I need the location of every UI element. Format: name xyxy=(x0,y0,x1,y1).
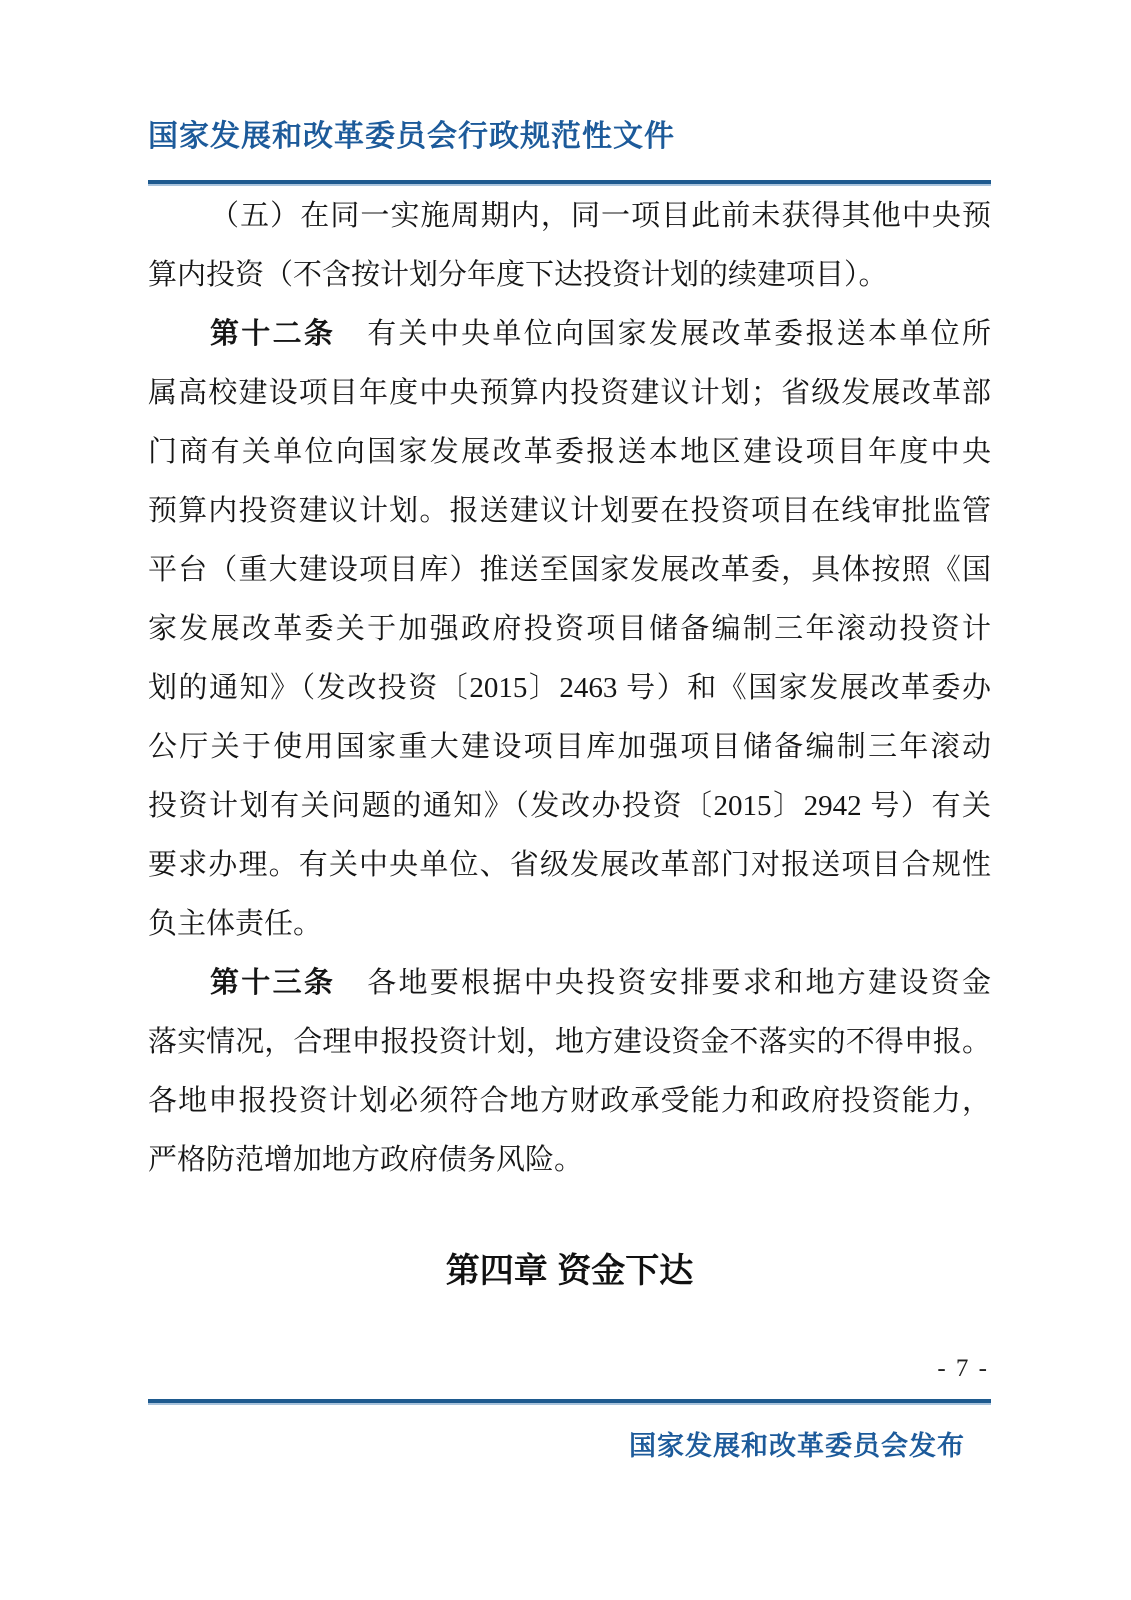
document-body: （五）在同一实施周期内，同一项目此前未获得其他中央预 算内投资（不含按计划分年度… xyxy=(148,187,991,1190)
body-line: 门商有关单位向国家发展改革委报送本地区建设项目年度中央 xyxy=(148,423,991,482)
body-line: 属高校建设项目年度中央预算内投资建议计划；省级发展改革部 xyxy=(148,364,991,423)
footer-rule xyxy=(148,1399,991,1405)
body-line-text: 家发展改革委关于加强政府投资项目储备编制三年滚动投资计 xyxy=(148,613,991,645)
body-line-text: 平台（重大建设项目库）推送至国家发展改革委，具体按照《国 xyxy=(148,554,991,586)
body-line-text: 投资计划有关问题的通知》（发改办投资〔2015〕2942 号）有关 xyxy=(148,790,991,822)
body-line-text: 公厅关于使用国家重大建设项目库加强项目储备编制三年滚动 xyxy=(148,731,991,763)
body-line: 预算内投资建议计划。报送建议计划要在投资项目在线审批监管 xyxy=(148,482,991,541)
body-line: 公厅关于使用国家重大建设项目库加强项目储备编制三年滚动 xyxy=(148,718,991,777)
body-line-text: 负主体责任。 xyxy=(148,908,322,940)
body-line-text: 各地要根据中央投资安排要求和地方建设资金 xyxy=(367,967,991,999)
body-line: 落实情况，合理申报投资计划，地方建设资金不落实的不得申报。 xyxy=(148,1013,991,1072)
body-line: （五）在同一实施周期内，同一项目此前未获得其他中央预 xyxy=(148,187,991,246)
body-line: 要求办理。有关中央单位、省级发展改革部门对报送项目合规性 xyxy=(148,836,991,895)
body-line: 家发展改革委关于加强政府投资项目储备编制三年滚动投资计 xyxy=(148,600,991,659)
body-line: 各地申报投资计划必须符合地方财政承受能力和政府投资能力， xyxy=(148,1072,991,1131)
body-line: 投资计划有关问题的通知》（发改办投资〔2015〕2942 号）有关 xyxy=(148,777,991,836)
body-line: 严格防范增加地方政府债务风险。 xyxy=(148,1131,991,1190)
document-header-title: 国家发展和改革委员会行政规范性文件 xyxy=(148,118,675,156)
body-line-text: 门商有关单位向国家发展改革委报送本地区建设项目年度中央 xyxy=(148,436,991,468)
article-number-bold: 第十二条 xyxy=(210,318,335,350)
body-line-text: 划的通知》（发改投资〔2015〕2463 号）和《国家发展改革委办 xyxy=(148,672,991,704)
body-line: 划的通知》（发改投资〔2015〕2463 号）和《国家发展改革委办 xyxy=(148,659,991,718)
body-line-text: 落实情况，合理申报投资计划，地方建设资金不落实的不得申报。 xyxy=(148,1026,991,1058)
body-line: 算内投资（不含按计划分年度下达投资计划的续建项目）。 xyxy=(148,246,991,305)
body-line-text: 要求办理。有关中央单位、省级发展改革部门对报送项目合规性 xyxy=(148,849,991,881)
page-number: - 7 - xyxy=(937,1353,989,1385)
body-line: 第十二条有关中央单位向国家发展改革委报送本单位所 xyxy=(148,305,991,364)
body-line-text: 属高校建设项目年度中央预算内投资建议计划；省级发展改革部 xyxy=(148,377,991,409)
body-line-text: （五）在同一实施周期内，同一项目此前未获得其他中央预 xyxy=(210,200,991,232)
body-line-text: 严格防范增加地方政府债务风险。 xyxy=(148,1144,583,1176)
body-line-text: 算内投资（不含按计划分年度下达投资计划的续建项目）。 xyxy=(148,259,888,291)
body-line-text: 有关中央单位向国家发展改革委报送本单位所 xyxy=(367,318,991,350)
body-line: 第十三条各地要根据中央投资安排要求和地方建设资金 xyxy=(148,954,991,1013)
body-line: 负主体责任。 xyxy=(148,895,991,954)
body-line-text: 各地申报投资计划必须符合地方财政承受能力和政府投资能力， xyxy=(148,1085,991,1117)
header-rule xyxy=(148,180,991,186)
body-line-text: 预算内投资建议计划。报送建议计划要在投资项目在线审批监管 xyxy=(148,495,991,527)
body-line: 平台（重大建设项目库）推送至国家发展改革委，具体按照《国 xyxy=(148,541,991,600)
footer-publisher: 国家发展和改革委员会发布 xyxy=(629,1428,965,1464)
article-number-bold: 第十三条 xyxy=(210,967,335,999)
chapter-heading: 第四章 资金下达 xyxy=(148,1250,991,1292)
document-page: 国家发展和改革委员会行政规范性文件 （五）在同一实施周期内，同一项目此前未获得其… xyxy=(0,0,1131,1600)
